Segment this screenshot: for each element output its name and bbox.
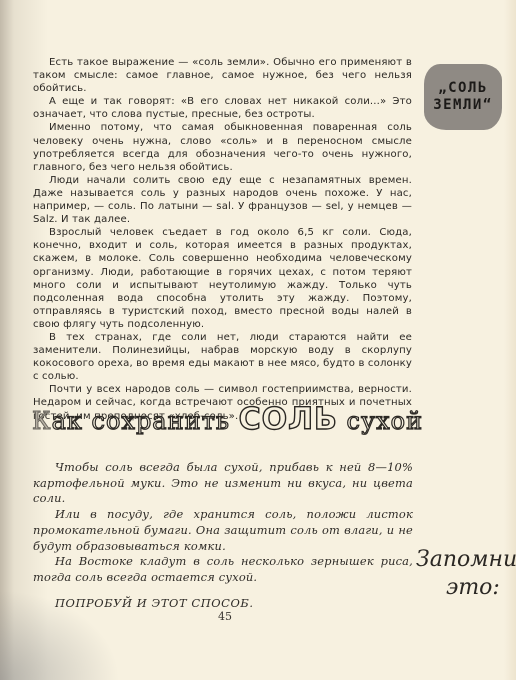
- tips-section: Чтобы соль всегда была сухой, прибавь к …: [33, 460, 413, 611]
- badge-line-2: ЗЕМЛИ“: [433, 97, 493, 114]
- badge-line-1: „СОЛЬ: [438, 80, 488, 97]
- remember-this-note: Запомни это:: [416, 546, 516, 602]
- paragraph: Есть такое выражение — «соль земли». Обы…: [33, 56, 412, 95]
- remember-line-2: это:: [416, 574, 516, 602]
- salt-of-earth-badge: „СОЛЬ ЗЕМЛИ“: [424, 64, 502, 130]
- heading-first-letter: К: [32, 407, 52, 435]
- paragraph: Именно потому, что самая обыкновенная по…: [33, 121, 412, 173]
- heading-part-2: сухой: [338, 407, 423, 435]
- paragraph: Взрослый человек съедает в год около 6,5…: [33, 226, 412, 331]
- heading-big-word: СОЛЬ: [239, 402, 338, 437]
- tip: Чтобы соль всегда была сухой, прибавь к …: [33, 460, 413, 507]
- heading-part-1: ак сохранить: [52, 407, 239, 435]
- paragraph: В тех странах, где соли нет, люди стараю…: [33, 331, 412, 383]
- page-number: 45: [218, 610, 232, 623]
- remember-line-1: Запомни: [416, 546, 516, 574]
- paragraph: А еще и так говорят: «В его словах нет н…: [33, 95, 412, 121]
- paragraph: Люди начали солить свою еду еще с незапа…: [33, 174, 412, 226]
- article-body: Есть такое выражение — «соль земли». Обы…: [33, 56, 412, 423]
- tip: Или в посуду, где хранится соль, положи …: [33, 507, 413, 554]
- tip: На Востоке кладут в соль несколько зерны…: [33, 554, 413, 585]
- section-heading: Как сохранить СОЛЬ сухой: [32, 402, 423, 437]
- try-this-note: ПОПРОБУЙ И ЭТОТ СПОСОБ.: [33, 596, 413, 612]
